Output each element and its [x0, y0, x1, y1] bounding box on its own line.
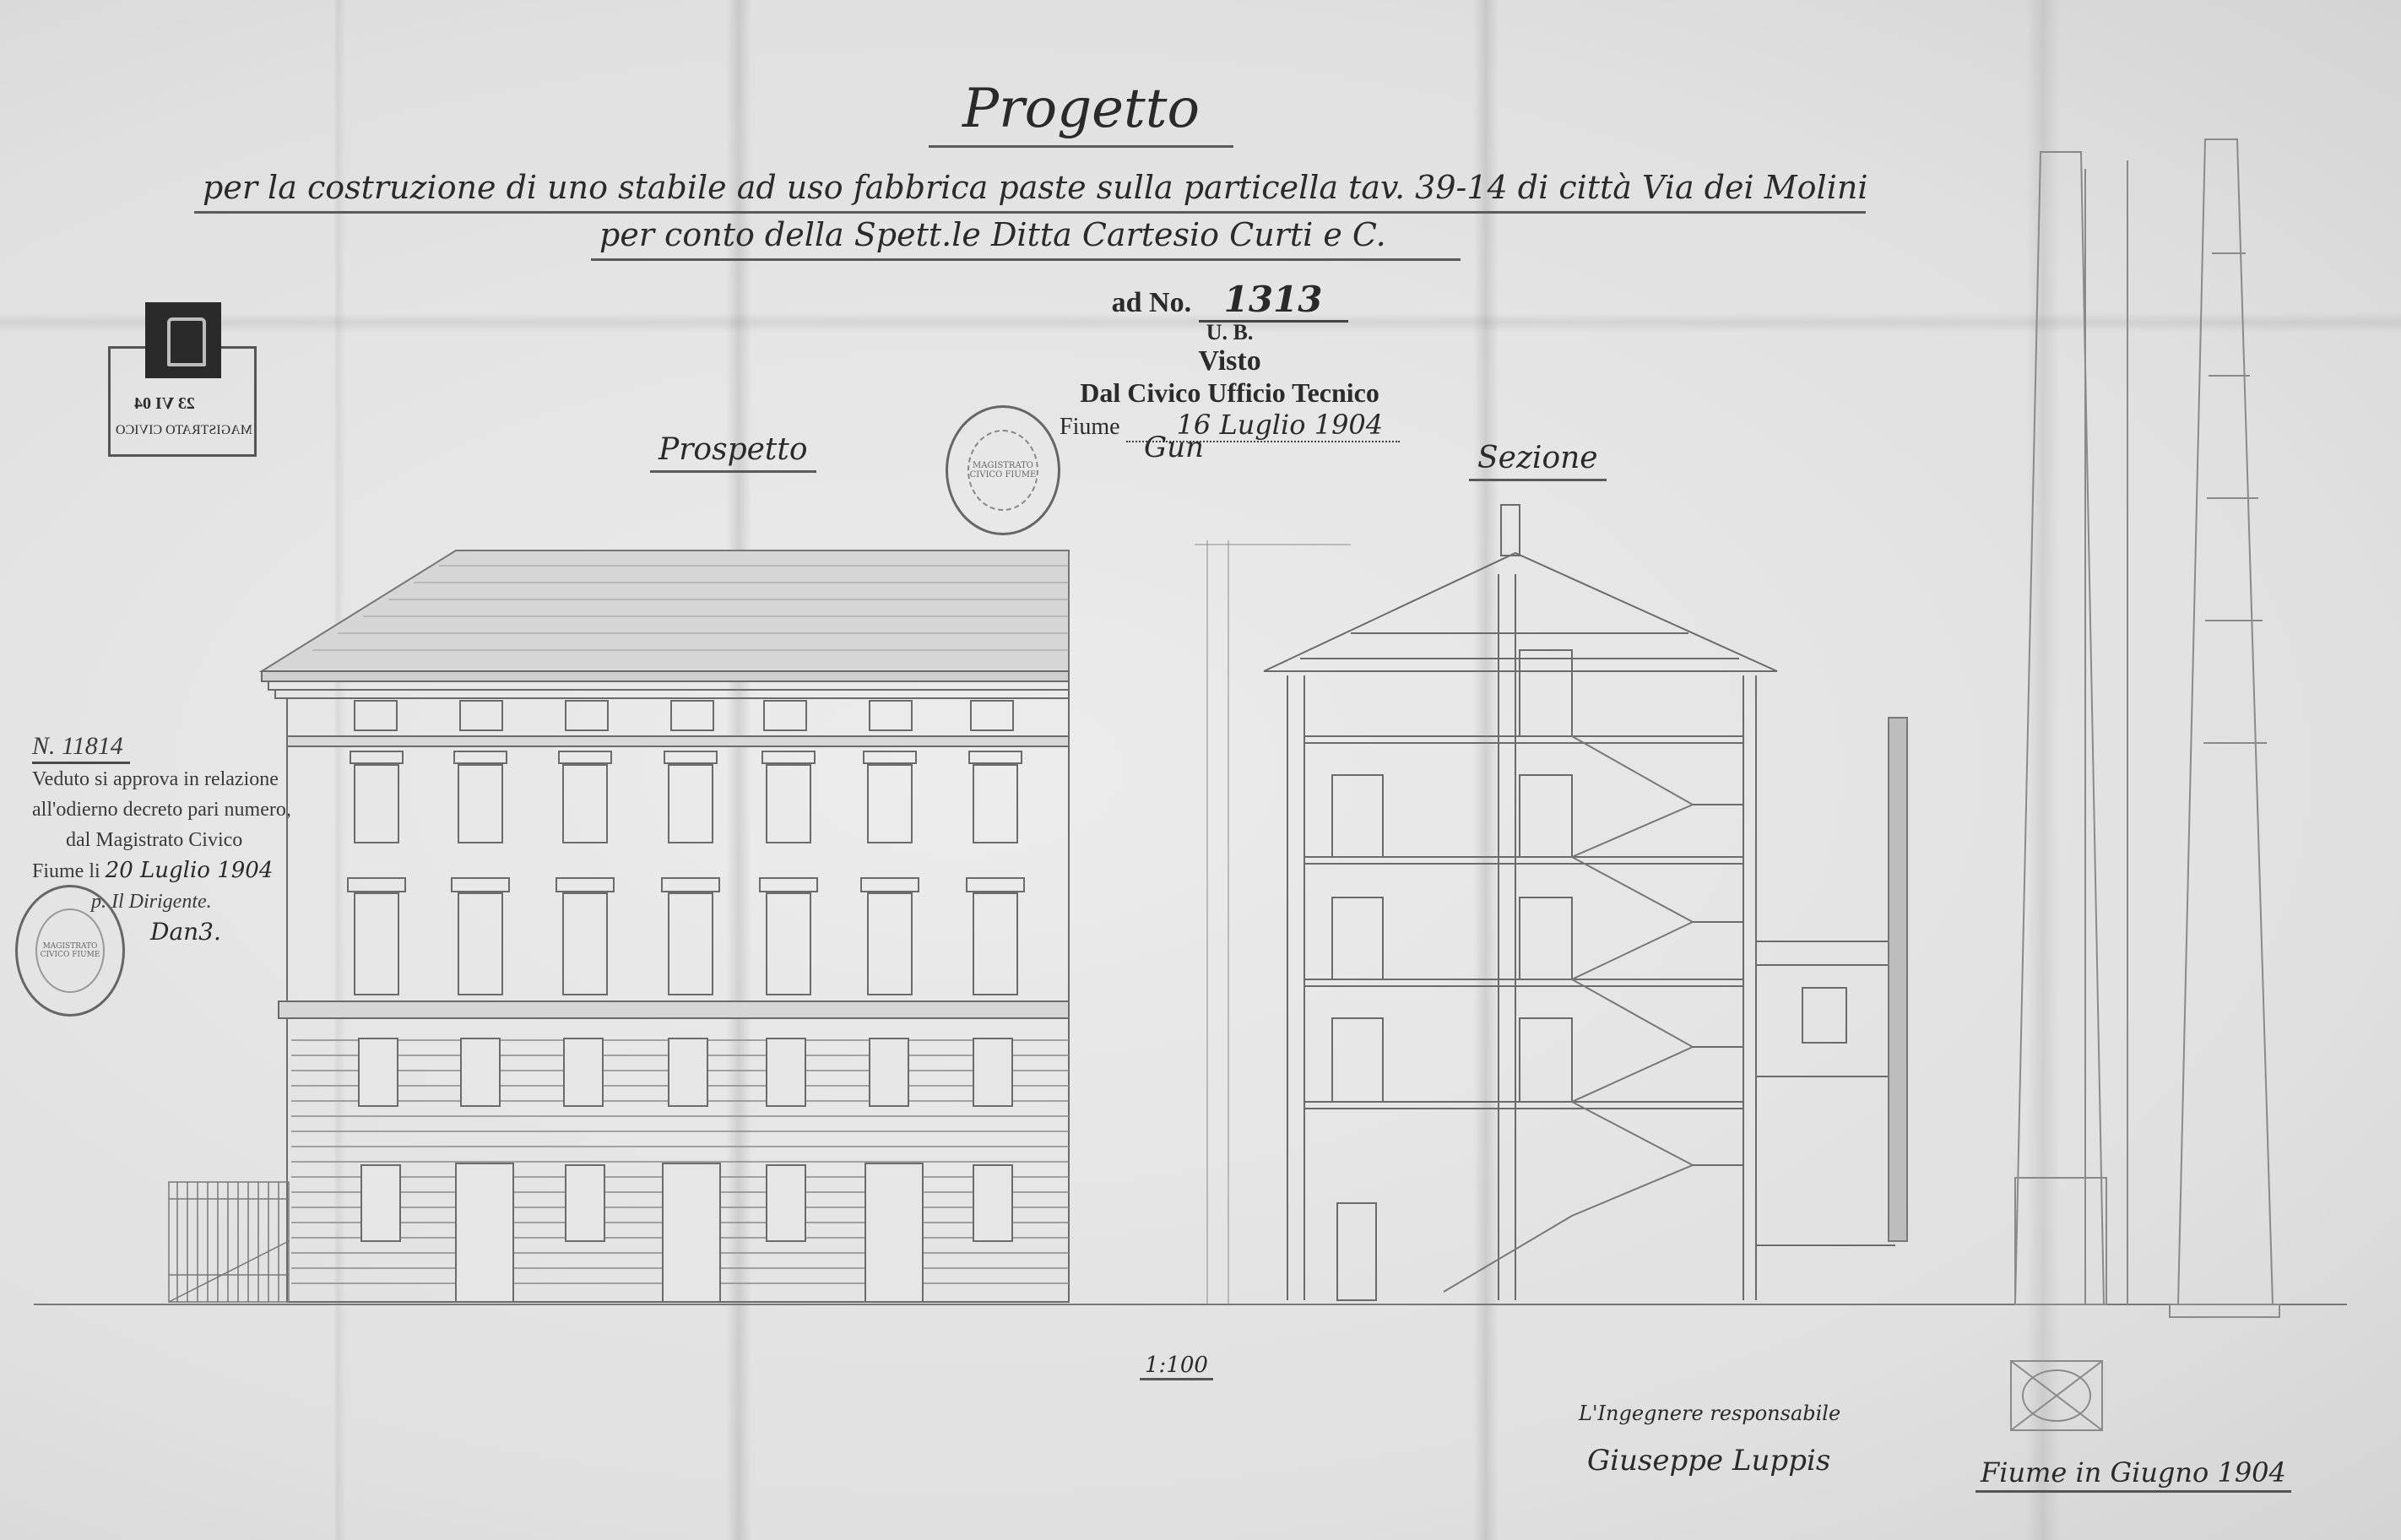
engineer-title: L'Ingegnere responsabile — [1579, 1402, 1840, 1425]
engineer-signature: Giuseppe Luppis — [1587, 1444, 1830, 1478]
architectural-drawings — [0, 0, 2401, 1540]
place-date: Fiume in Giugno 1904 — [1976, 1456, 2291, 1493]
building-section — [1195, 505, 1907, 1304]
facade-elevation — [169, 550, 1069, 1302]
blueprint-sheet: Progetto per la costruzione di uno stabi… — [0, 0, 2401, 1540]
chimney-elevations — [2011, 139, 2279, 1430]
drawing-scale: 1:100 — [1140, 1353, 1213, 1380]
